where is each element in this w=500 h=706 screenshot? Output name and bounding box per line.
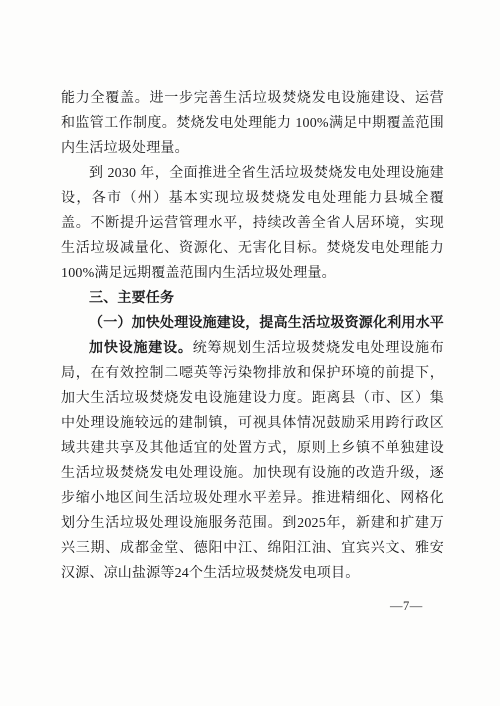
paragraph-2030-goals: 到 2030 年，全面推进全省生活垃圾焚烧发电处理设施建设，各市（州）基本实现垃… [61, 161, 444, 286]
page-number: —7— [390, 599, 423, 614]
section-heading: 三、主要任务 [61, 286, 444, 311]
paragraph-tasks: 加快设施建设。统筹规划生活垃圾焚烧发电处理设施布局，在有效控制二噁英等污染物排放… [61, 336, 444, 586]
subsection-heading: （一）加快处理设施建设，提高生活垃圾资源化利用水平 [61, 311, 444, 336]
document-page: 能力全覆盖。进一步完善生活垃圾焚烧发电设施建设、运营和监管工作制度。焚烧发电处理… [0, 0, 500, 706]
paragraph-continuation: 能力全覆盖。进一步完善生活垃圾焚烧发电设施建设、运营和监管工作制度。焚烧发电处理… [61, 86, 444, 161]
document-body: 能力全覆盖。进一步完善生活垃圾焚烧发电设施建设、运营和监管工作制度。焚烧发电处理… [61, 86, 444, 586]
paragraph-tasks-body: 统筹规划生活垃圾焚烧发电处理设施布局，在有效控制二噁英等污染物排放和保护环境的前… [61, 341, 444, 581]
paragraph-tasks-lead: 加快设施建设。 [89, 341, 193, 356]
